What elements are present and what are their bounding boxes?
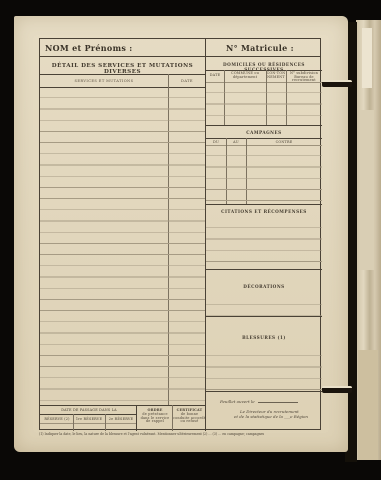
certificat-subtitle: de bonne conduite accordé ou refusé	[173, 413, 206, 424]
divider	[73, 414, 74, 431]
form-frame: NOM et Prénoms : N° Matricule : DÉTAIL D…	[39, 38, 321, 430]
footnote: (1) Indiquer la date, le lieu, la nature…	[39, 432, 329, 436]
divider	[206, 138, 322, 139]
header-divider	[205, 39, 206, 57]
divider	[105, 414, 106, 431]
col-1re-reserve: 1re RÉSERVE	[74, 417, 104, 421]
col-dom-commune: COMMUNE ou département	[224, 72, 266, 79]
date-blank[interactable]	[258, 402, 298, 403]
divider	[206, 269, 322, 270]
register-page: NOM et Prénoms : N° Matricule : DÉTAIL D…	[14, 16, 348, 452]
binder-clip-top	[322, 80, 352, 87]
blessures-title: BLESSURES (1)	[206, 335, 322, 340]
divider	[136, 405, 137, 431]
divider	[206, 391, 322, 392]
citations-rows[interactable]	[206, 217, 322, 269]
col-2e-reserve: 2e RÉSERVE	[106, 417, 136, 421]
col-date: DATE	[168, 79, 206, 83]
col-services: SERVICES ET MUTATIONS	[40, 79, 168, 83]
divider	[40, 414, 136, 415]
campagnes-rows[interactable]	[206, 145, 322, 204]
page-edge	[358, 350, 378, 460]
col-dom-canton: CON-TONNEMENT	[266, 72, 286, 79]
campagnes-title: CAMPAGNES	[206, 130, 322, 135]
divider	[206, 316, 322, 317]
divider	[40, 74, 205, 75]
col-contre: CONTRE	[246, 140, 322, 144]
passage-title: DATE DE PASSAGE DANS LA	[42, 408, 136, 412]
ordre-subtitle: de préséance dans le service de rappel	[138, 413, 172, 424]
col-dom-date: DATE	[206, 73, 224, 77]
services-rows[interactable]	[40, 87, 205, 405]
domiciles-rows[interactable]	[206, 82, 322, 125]
divider	[206, 204, 322, 205]
page-edge	[360, 110, 374, 270]
divider	[40, 423, 136, 424]
matricule-label: N° Matricule :	[226, 43, 294, 53]
services-section: DÉTAIL DES SERVICES ET MUTATIONS DIVERSE…	[40, 57, 206, 431]
col-du: DU	[206, 140, 226, 144]
citations-title: CITATIONS ET RÉCOMPENSES	[206, 209, 322, 214]
decorations-rows[interactable]	[206, 294, 322, 316]
divider	[206, 125, 322, 126]
closing-line: Feuillet ouvert le	[220, 399, 255, 404]
name-label: NOM et Prénoms :	[45, 43, 132, 53]
header-row: NOM et Prénoms : N° Matricule :	[40, 39, 320, 57]
blessures-rows[interactable]	[206, 345, 322, 391]
col-reserve: RÉSERVE (2)	[42, 417, 72, 421]
role-line-2: et de la statistique de la ___e Région	[234, 414, 308, 419]
right-section: DOMICILES OU RÉSIDENCES SUCCESSIVES DATE…	[206, 57, 322, 431]
page-edge	[362, 28, 372, 88]
feuillet-ouvert: Feuillet ouvert le	[220, 399, 298, 404]
binder-clip-bottom	[322, 386, 352, 393]
decorations-title: DÉCORATIONS	[206, 284, 322, 289]
stacked-pages	[356, 20, 381, 460]
date-divider-head	[168, 74, 169, 87]
divider	[40, 405, 205, 406]
col-au: AU	[226, 140, 246, 144]
